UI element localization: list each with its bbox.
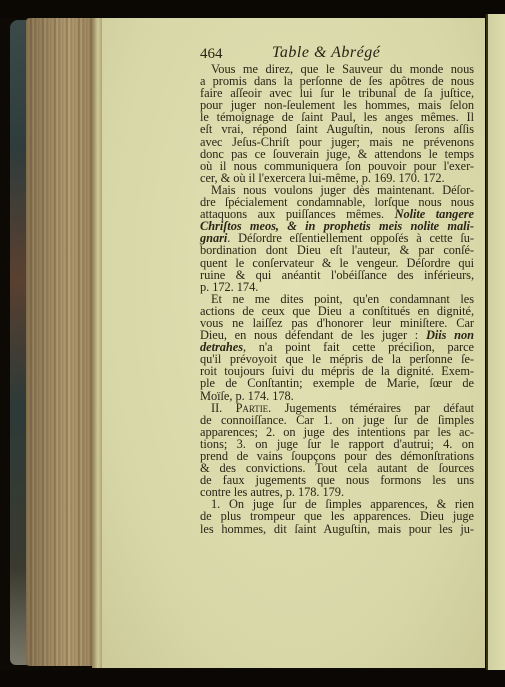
text-line: quent le conſervateur & le vengeur. Déſo… <box>200 257 474 269</box>
text-line: de connoiſſance. Car 1. on juge ſur de ſ… <box>200 414 474 426</box>
text-line: avec Jeſus-Chriſt pour juger; mais ne pr… <box>200 136 474 148</box>
body-text: Vous me direz, que le Sauveur du monde n… <box>200 63 474 535</box>
text-line: p. 172. 174. <box>200 281 474 293</box>
text-line: ruine & qui anéantit l'obéiſſance des in… <box>200 269 474 281</box>
text-line: les hommes, dit ſaint Auguſtin, mais pou… <box>200 523 474 535</box>
background-bottom <box>0 670 505 687</box>
facing-page-edge <box>488 14 505 670</box>
text-line: eſt vrai, répond ſaint Auguſtin, nous ſe… <box>200 123 474 135</box>
page-number: 464 <box>200 46 223 63</box>
text-line: ple de Conſtantin; exemple de Marie, ſœu… <box>200 377 474 389</box>
text-line: bordination dont Dieu eſt l'auteur, & pa… <box>200 244 474 256</box>
text-line: donc pas ce ſouverain juge, & attendons … <box>200 148 474 160</box>
page-header: 464 Table & Abrégé <box>200 44 470 64</box>
running-title: Table & Abrégé <box>272 44 380 62</box>
background-top <box>0 0 505 18</box>
text-line: II. Partie. Jugements téméraires par déf… <box>200 402 474 414</box>
text-line: de plus trompeur que les apparences. Die… <box>200 510 474 522</box>
page-edges-shadow <box>26 18 98 666</box>
